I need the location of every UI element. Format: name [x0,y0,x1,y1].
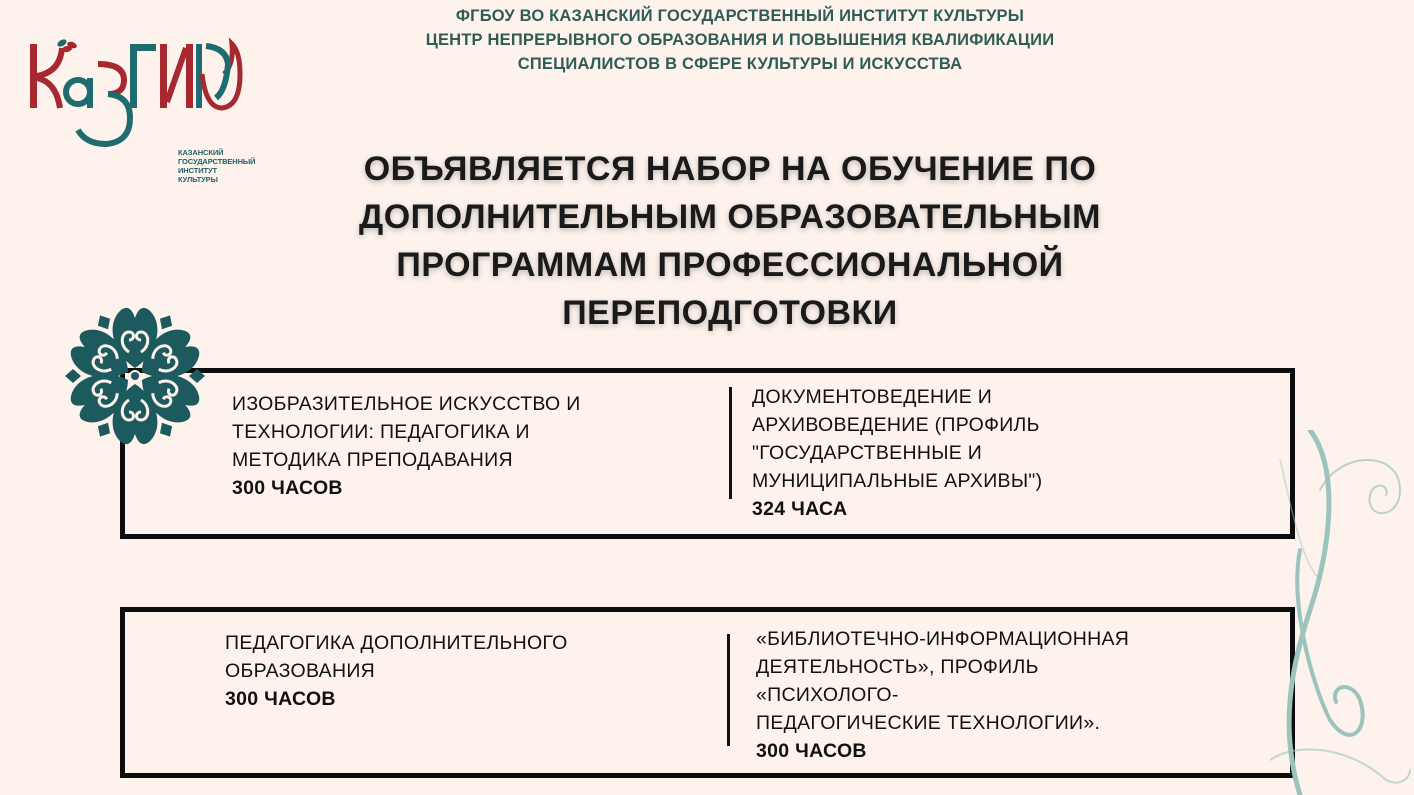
headline-line: ПРОГРАММАМ ПРОФЕССИОНАЛЬНОЙ [290,241,1170,289]
program-card: ИЗОБРАЗИТЕЛЬНОЕ ИСКУССТВО И ТЕХНОЛОГИИ: … [232,390,581,502]
column-divider [729,387,732,499]
program-title-line: ТЕХНОЛОГИИ: ПЕДАГОГИКА И [232,418,581,446]
program-card: ПЕДАГОГИКА ДОПОЛНИТЕЛЬНОГО ОБРАЗОВАНИЯ 3… [225,629,568,713]
program-hours: 300 ЧАСОВ [756,737,1129,765]
program-hours: 300 ЧАСОВ [232,474,581,502]
program-title-line: ПЕДАГОГИЧЕСКИЕ ТЕХНОЛОГИИ». [756,709,1129,737]
program-card: «БИБЛИОТЕЧНО-ИНФОРМАЦИОННАЯ ДЕЯТЕЛЬНОСТЬ… [756,625,1129,765]
program-card: ДОКУМЕНТОВЕДЕНИЕ И АРХИВОВЕДЕНИЕ (ПРОФИЛ… [752,383,1042,523]
program-title-line: «БИБЛИОТЕЧНО-ИНФОРМАЦИОННАЯ [756,625,1129,653]
headline-line: ПЕРЕПОДГОТОВКИ [290,289,1170,337]
institute-logo: КАЗАНСКИЙ ГОСУДАРСТВЕННЫЙ ИНСТИТУТ КУЛЬТ… [26,34,246,154]
floral-ornament-icon [62,303,208,449]
program-title-line: ДОКУМЕНТОВЕДЕНИЕ И [752,383,1042,411]
program-title-line: ОБРАЗОВАНИЯ [225,657,568,685]
program-hours: 324 ЧАСА [752,495,1042,523]
program-hours: 300 ЧАСОВ [225,685,568,713]
logo-caption: КАЗАНСКИЙ ГОСУДАРСТВЕННЫЙ ИНСТИТУТ КУЛЬТ… [178,148,255,184]
headline: ОБЪЯВЛЯЕТСЯ НАБОР НА ОБУЧЕНИЕ ПО ДОПОЛНИ… [290,145,1170,337]
headline-line: ОБЪЯВЛЯЕТСЯ НАБОР НА ОБУЧЕНИЕ ПО [290,145,1170,193]
program-title-line: ПЕДАГОГИКА ДОПОЛНИТЕЛЬНОГО [225,629,568,657]
header-line: СПЕЦИАЛИСТОВ В СФЕРЕ КУЛЬТУРЫ И ИСКУССТВ… [330,52,1150,76]
programs-box-2: ПЕДАГОГИКА ДОПОЛНИТЕЛЬНОГО ОБРАЗОВАНИЯ 3… [120,607,1295,778]
headline-line: ДОПОЛНИТЕЛЬНЫМ ОБРАЗОВАТЕЛЬНЫМ [290,193,1170,241]
header-line: ФГБОУ ВО КАЗАНСКИЙ ГОСУДАРСТВЕННЫЙ ИНСТИ… [330,4,1150,28]
program-title-line: ИЗОБРАЗИТЕЛЬНОЕ ИСКУССТВО И [232,390,581,418]
program-title-line: «ПСИХОЛОГО- [756,681,1129,709]
program-title-line: АРХИВОВЕДЕНИЕ (ПРОФИЛЬ [752,411,1042,439]
column-divider [727,634,730,746]
logo-caption-line: КАЗАНСКИЙ [178,148,255,157]
logo-caption-line: ГОСУДАРСТВЕННЫЙ [178,157,255,166]
programs-box-1: ИЗОБРАЗИТЕЛЬНОЕ ИСКУССТВО И ТЕХНОЛОГИИ: … [120,368,1295,539]
program-title-line: ДЕЯТЕЛЬНОСТЬ», ПРОФИЛЬ [756,653,1129,681]
program-title-line: МУНИЦИПАЛЬНЫЕ АРХИВЫ") [752,467,1042,495]
header-line: ЦЕНТР НЕПРЕРЫВНОГО ОБРАЗОВАНИЯ И ПОВЫШЕН… [330,28,1150,52]
kazgik-logo-icon [26,34,246,154]
program-title-line: МЕТОДИКА ПРЕПОДАВАНИЯ [232,446,581,474]
logo-caption-line: ИНСТИТУТ КУЛЬТУРЫ [178,166,255,184]
institution-header: ФГБОУ ВО КАЗАНСКИЙ ГОСУДАРСТВЕННЫЙ ИНСТИ… [330,4,1150,76]
program-title-line: "ГОСУДАРСТВЕННЫЕ И [752,439,1042,467]
